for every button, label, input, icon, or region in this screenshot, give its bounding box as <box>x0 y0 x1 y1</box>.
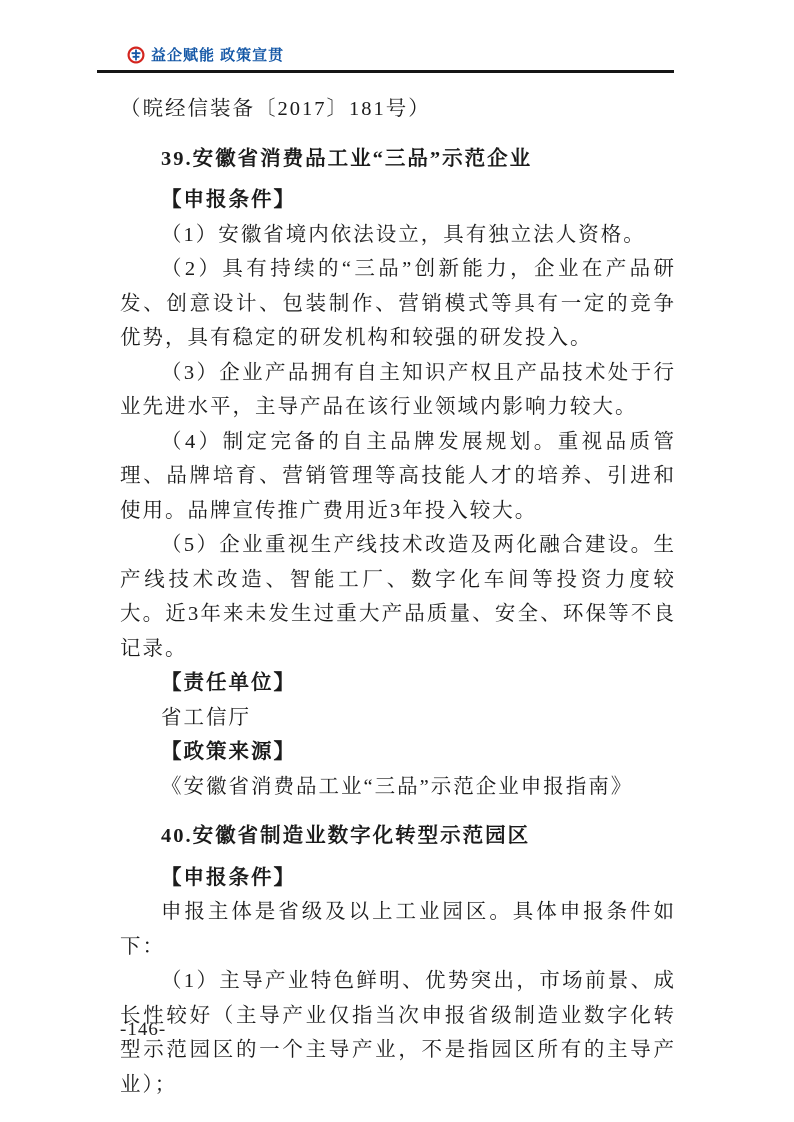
section-39-condition-4: （4）制定完备的自主品牌发展规划。重视品质管理、品牌培育、营销管理等高技能人才的… <box>120 425 676 529</box>
page-number: -146- <box>120 1019 166 1040</box>
section-39-condition-3: （3）企业产品拥有自主知识产权且产品技术处于行业先进水平，主导产品在该行业领域内… <box>120 356 676 425</box>
section-40-condition-1: （1）主导产业特色鲜明、优势突出，市场前景、成长性较好（主导产业仅指当次申报省级… <box>120 964 676 1102</box>
document-page: 益企赋能 政策宣贯 （晥经信装备〔2017〕181号） 39.安徽省消费品工业“… <box>0 0 794 1122</box>
section-39-title: 39.安徽省消费品工业“三品”示范企业 <box>120 142 676 177</box>
section-39-condition-2: （2）具有持续的“三品”创新能力，企业在产品研发、创意设计、包装制作、营销模式等… <box>120 252 676 356</box>
section-39-condition-1: （1）安徽省境内依法设立，具有独立法人资格。 <box>120 218 676 253</box>
brand-logo-icon <box>127 46 145 64</box>
doc-number-line: （晥经信装备〔2017〕181号） <box>120 92 676 127</box>
page-header: 益企赋能 政策宣贯 <box>97 44 674 73</box>
section-39-heading-zhengce: 【政策来源】 <box>120 735 676 770</box>
section-39-heading-shenbao: 【申报条件】 <box>120 183 676 218</box>
page-footer: -146- <box>120 1019 166 1041</box>
section-39-policy-source: 《安徽省消费品工业“三品”示范企业申报指南》 <box>120 770 676 805</box>
section-40-title: 40.安徽省制造业数字化转型示范园区 <box>120 819 676 854</box>
section-40-heading-shenbao: 【申报条件】 <box>120 861 676 896</box>
brand-title: 益企赋能 政策宣贯 <box>151 44 284 65</box>
section-39-heading-zeren: 【责任单位】 <box>120 666 676 701</box>
section-39-condition-5: （5）企业重视生产线技术改造及两化融合建设。生产线技术改造、智能工厂、数字化车间… <box>120 528 676 666</box>
section-39-responsible-unit: 省工信厅 <box>120 701 676 736</box>
section-40-intro: 申报主体是省级及以上工业园区。具体申报条件如下： <box>120 895 676 964</box>
document-body: （晥经信装备〔2017〕181号） 39.安徽省消费品工业“三品”示范企业 【申… <box>120 92 676 1102</box>
brand-row: 益企赋能 政策宣贯 <box>97 44 674 65</box>
